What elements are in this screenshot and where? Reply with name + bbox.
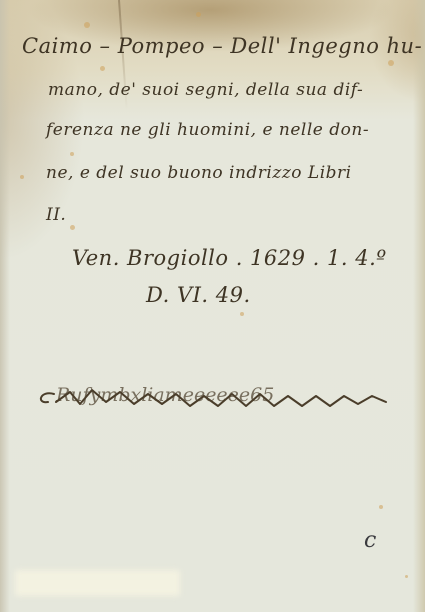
paper-edge-left bbox=[0, 0, 10, 612]
document-page: Caimo – Pompeo – Dell' Ingegno hu- mano,… bbox=[0, 0, 425, 612]
text-line-3: ferenza ne gli huomini, e nelle don- bbox=[46, 120, 369, 140]
stain-spot bbox=[20, 175, 24, 179]
stain-spot bbox=[70, 225, 75, 230]
stain-spot bbox=[70, 152, 74, 156]
struck-out-line: Rufymbxliameeeeee65 bbox=[36, 380, 406, 414]
text-line-5: II. bbox=[46, 205, 66, 225]
shelfmark-line: D. VI. 49. bbox=[146, 283, 251, 307]
stain-spot bbox=[100, 66, 105, 71]
text-line-4: ne, e del suo buono indrizzo Libri bbox=[46, 163, 352, 183]
corner-mark: c bbox=[364, 528, 376, 553]
stain-spot bbox=[84, 22, 90, 28]
stain-spot bbox=[196, 12, 201, 17]
worn-area bbox=[15, 570, 180, 596]
stain-spot bbox=[405, 575, 408, 578]
text-line-1: Caimo – Pompeo – Dell' Ingegno hu- bbox=[22, 34, 422, 58]
scribble-strike-icon bbox=[36, 380, 406, 414]
paper-edge-right bbox=[413, 0, 425, 612]
stain-spot bbox=[388, 60, 394, 66]
stain-spot bbox=[379, 505, 383, 509]
stain-spot bbox=[240, 312, 244, 316]
text-line-2: mano, de' suoi segni, della sua dif- bbox=[48, 80, 363, 100]
imprint-line: Ven. Brogiollo . 1629 . 1. 4.º bbox=[72, 246, 387, 270]
